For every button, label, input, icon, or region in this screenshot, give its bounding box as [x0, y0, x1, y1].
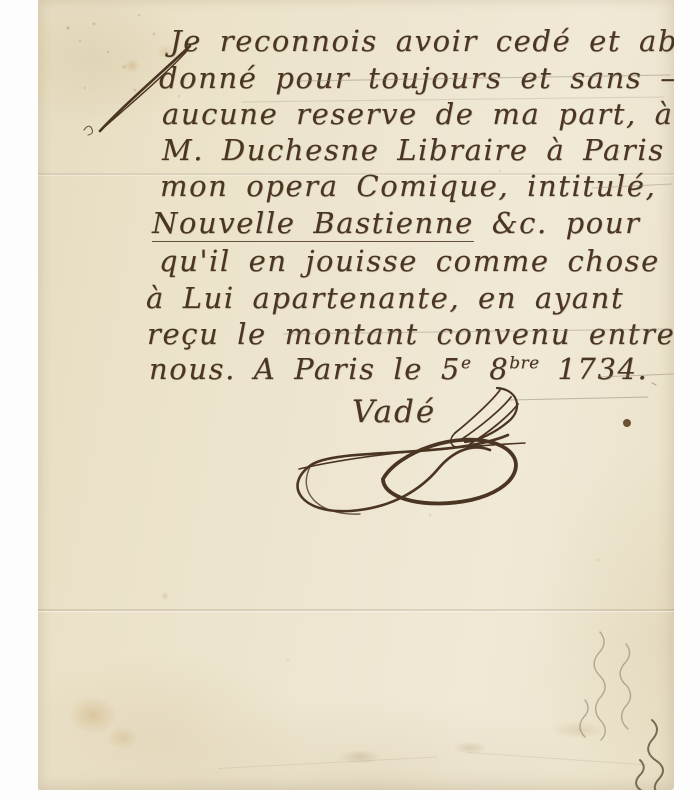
- pencil-annotation: [580, 632, 631, 740]
- scan-background: Je reconnois avoir cedé et aban= donné p…: [0, 0, 700, 800]
- fold-crease-lower: [38, 609, 674, 611]
- ink-blot: [623, 419, 631, 427]
- manuscript-line-6: Nouvelle Bastienne &c. pour: [152, 206, 641, 240]
- manuscript-line-7: qu'il en jouisse comme chose: [159, 244, 660, 278]
- manuscript-line-4: M. Duchesne Libraire à Paris ,: [162, 133, 674, 167]
- manuscript-line-1: Je reconnois avoir cedé et aban=: [170, 24, 674, 58]
- manuscript-line-5: mon opera Comique, intitulé, la: [160, 169, 674, 203]
- paper-crinkle: [218, 756, 438, 769]
- manuscript-line-10-date: nous. A Paris le 5e 8bre 1734.: [149, 352, 648, 386]
- paper-crinkle: [468, 752, 648, 766]
- signature-monogram: [451, 388, 518, 447]
- manuscript-line-3: aucune reserve de ma part, à: [162, 97, 674, 131]
- signature-vade: Vadé: [352, 394, 436, 430]
- signature-paraph: [298, 435, 525, 514]
- manuscript-page: Je reconnois avoir cedé et aban= donné p…: [38, 0, 674, 790]
- manuscript-line-9: reçu le montant convenu entre: [147, 317, 674, 351]
- manuscript-line-8: à Lui apartenante, en ayant: [146, 281, 624, 315]
- underlined-title-nouvelle-bastienne: Nouvelle Bastienne: [152, 206, 474, 242]
- pencil-annotation-dark: [636, 720, 663, 790]
- manuscript-line-2: donné pour toujours et sans —: [159, 61, 674, 95]
